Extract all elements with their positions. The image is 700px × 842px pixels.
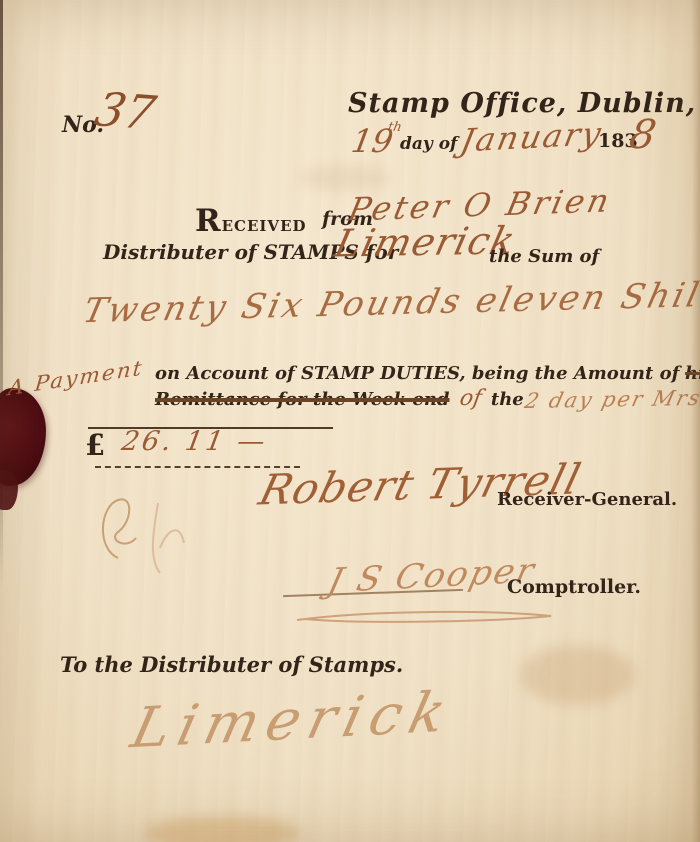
receiver-title: Receiver-General.	[497, 489, 677, 510]
date-month: January	[457, 114, 606, 159]
inserted-word-of: of	[457, 386, 483, 411]
date-year-written: 8	[626, 112, 660, 158]
date-day-of: day of	[400, 134, 457, 154]
amount-in-words: Twenty Six Pounds eleven Shillings	[79, 273, 700, 332]
received-label: Received	[195, 203, 307, 239]
handwritten-note: 2 day per Mrs Maria Moore	[522, 383, 700, 413]
struck-word-his: his	[685, 363, 700, 384]
stain-bottom	[145, 816, 300, 842]
date-line: 19 th day of January 183 8	[350, 112, 680, 172]
account-pre-text: on Account of STAMP DUTIES, being the Am…	[155, 363, 679, 384]
account-line-1: on Account of STAMP DUTIES, being the Am…	[155, 360, 700, 384]
district-script-large: Limerick	[125, 680, 460, 761]
amount-figures: 26. 11 —	[119, 426, 270, 457]
paper-edge-right	[691, 0, 700, 842]
receipt-document: No. 37 Stamp Office, Dublin, 19 th day o…	[0, 0, 700, 842]
comptroller-title: Comptroller.	[507, 576, 641, 598]
clerk-initials-mark	[88, 488, 218, 583]
receipt-number-value: 37	[90, 82, 161, 140]
margin-note: A Payment	[7, 356, 144, 400]
printed-word-the: the	[491, 389, 524, 410]
sum-of-label: the Sum of	[489, 246, 599, 267]
account-line-2: Remittance for the Week end of the 2 day…	[155, 386, 700, 411]
addressee-line: To the Distributer of Stamps.	[60, 652, 403, 677]
struck-remittance-phrase: Remittance for the Week end	[155, 389, 450, 410]
date-day-suffix: th	[387, 120, 403, 135]
wax-seal-drip	[0, 470, 18, 510]
comptroller-flourish	[295, 606, 555, 630]
pound-symbol: £	[85, 428, 105, 462]
stain-mid-right	[520, 645, 635, 705]
